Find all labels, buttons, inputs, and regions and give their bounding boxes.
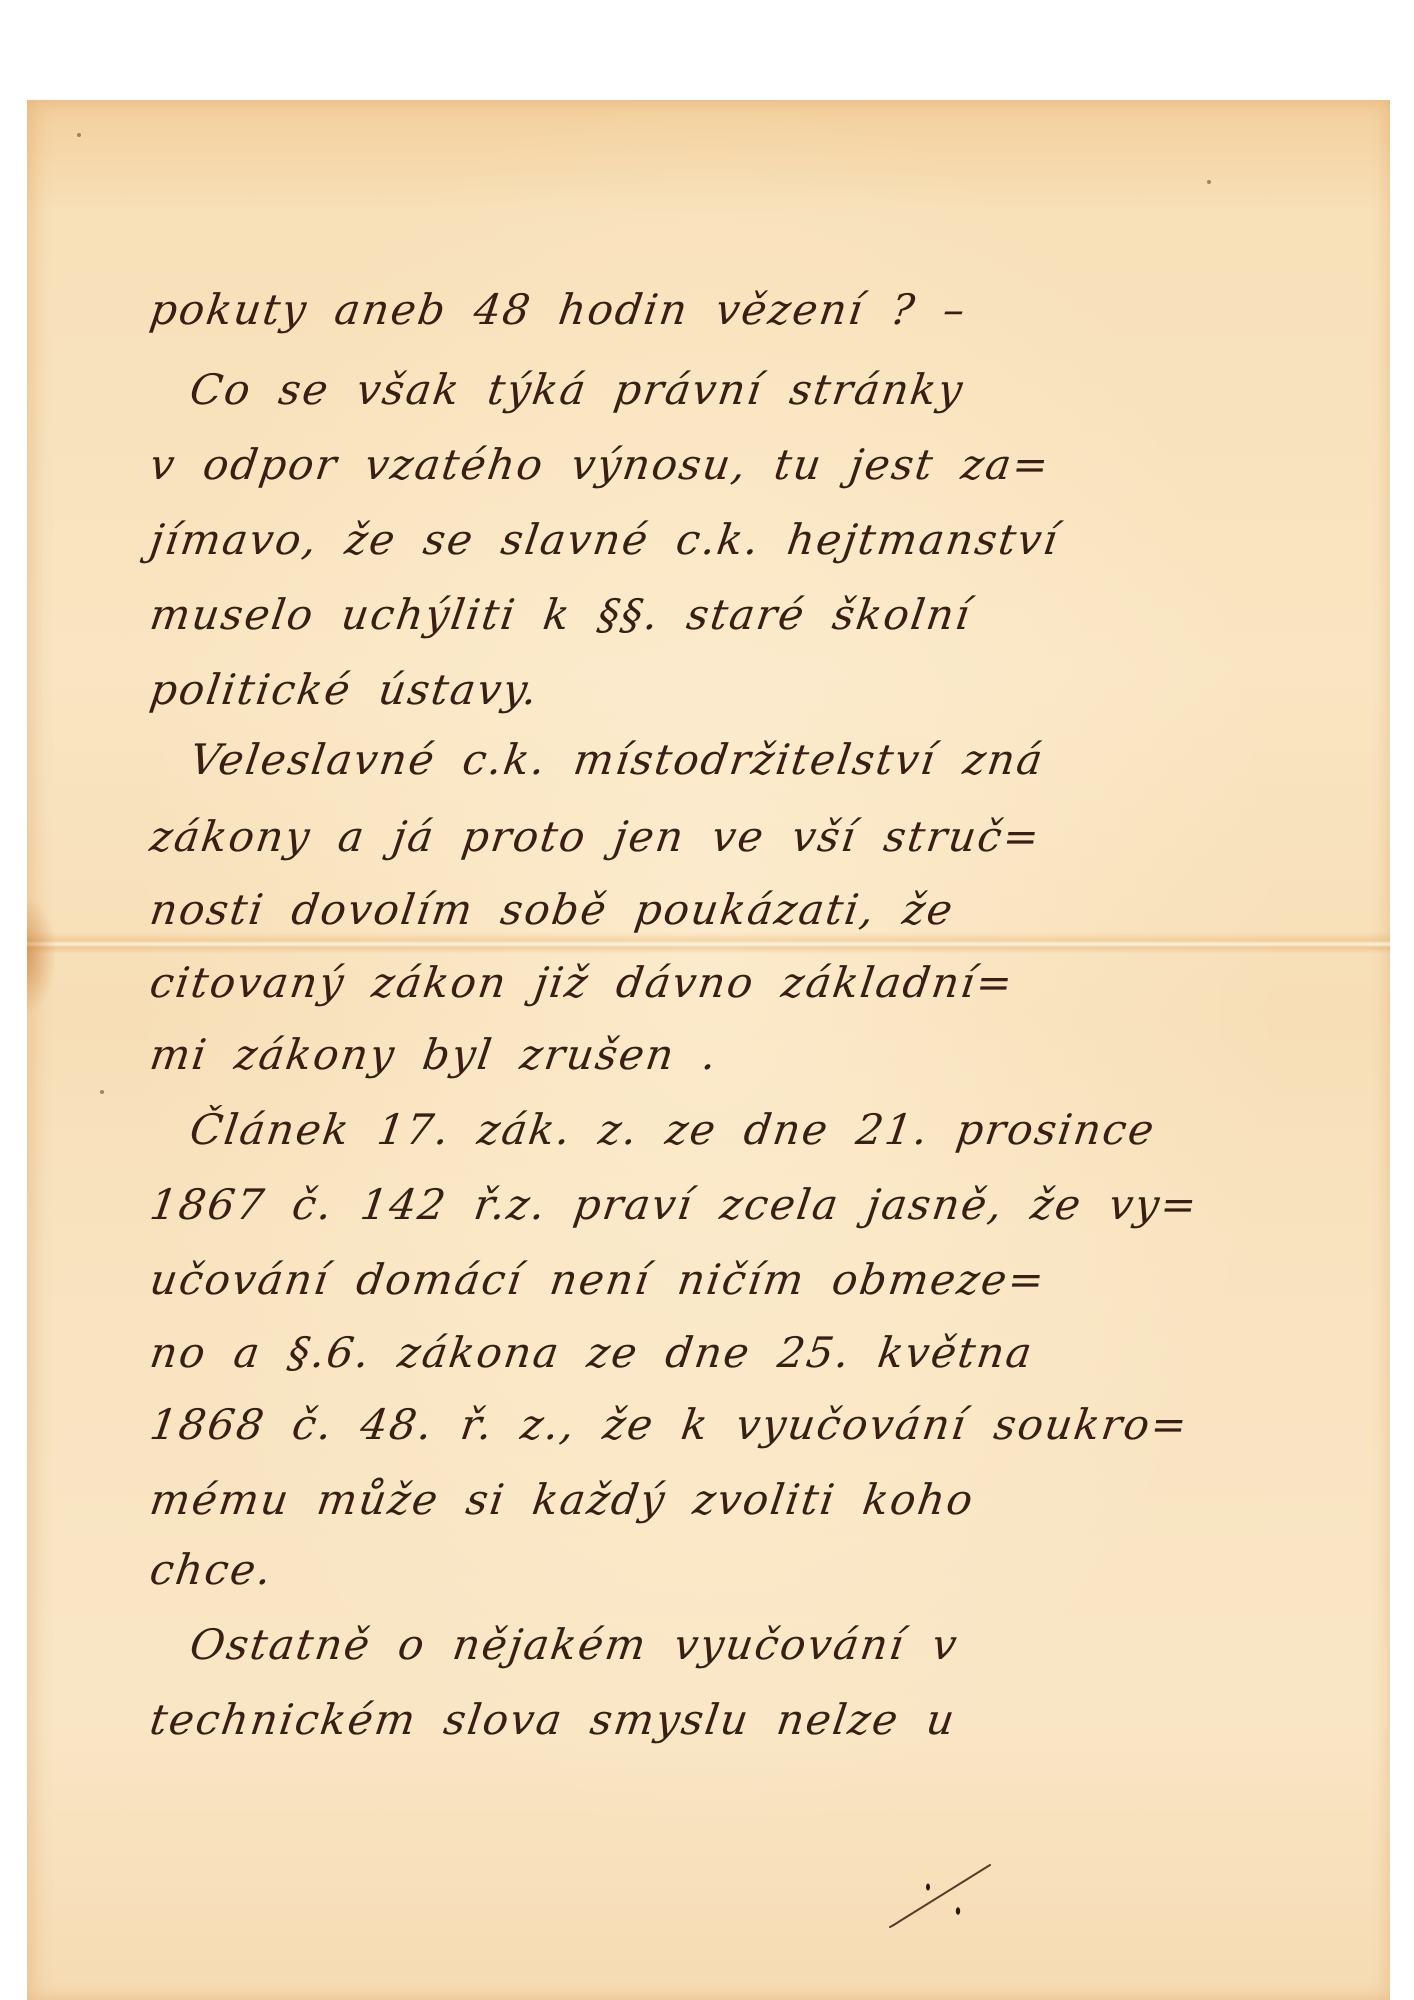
text-line: technickém slova smyslu nelze u: [147, 1695, 959, 1744]
text-line: Co se však týká právní stránky: [187, 365, 967, 414]
text-line: 1868 č. 48. ř. z., že k vyučování soukro…: [147, 1400, 1192, 1449]
handwritten-text: pokuty aneb 48 hodin vězení ? – Co se vš…: [27, 100, 1390, 2000]
text-line: jímavo, že se slavné c.k. hejtmanství: [147, 515, 1062, 564]
letter-page: pokuty aneb 48 hodin vězení ? – Co se vš…: [27, 100, 1390, 2000]
text-line: politické ústavy.: [147, 665, 542, 714]
text-line: chce.: [147, 1545, 276, 1594]
text-line: učování domácí není ničím obmeze=: [147, 1255, 1049, 1304]
text-line: zákony a já proto jen ve vší struč=: [147, 812, 1044, 861]
text-line: nosti dovolím sobě poukázati, že: [147, 885, 957, 934]
text-line: mému může si každý zvoliti koho: [147, 1475, 978, 1524]
text-line: pokuty aneb 48 hodin vězení ? –: [147, 285, 970, 334]
text-line: muselo uchýliti k §§. staré školní: [147, 590, 975, 639]
text-line: Veleslavné c.k. místodržitelství zná: [187, 735, 1047, 784]
text-line: citovaný zákon již dávno základní=: [147, 958, 1017, 1007]
text-line: 1867 č. 142 ř.z. praví zcela jasně, že v…: [147, 1180, 1202, 1229]
text-line: v odpor vzatého výnosu, tu jest za=: [147, 440, 1053, 489]
continuation-mark: ./.: [880, 1855, 1000, 1935]
text-line: mi zákony byl zrušen .: [147, 1030, 721, 1079]
text-line: Ostatně o nějakém vyučování v: [187, 1620, 962, 1669]
text-line: no a §.6. zákona ze dne 25. května: [147, 1328, 1037, 1377]
text-line: Článek 17. zák. z. ze dne 21. prosince: [187, 1105, 1159, 1154]
